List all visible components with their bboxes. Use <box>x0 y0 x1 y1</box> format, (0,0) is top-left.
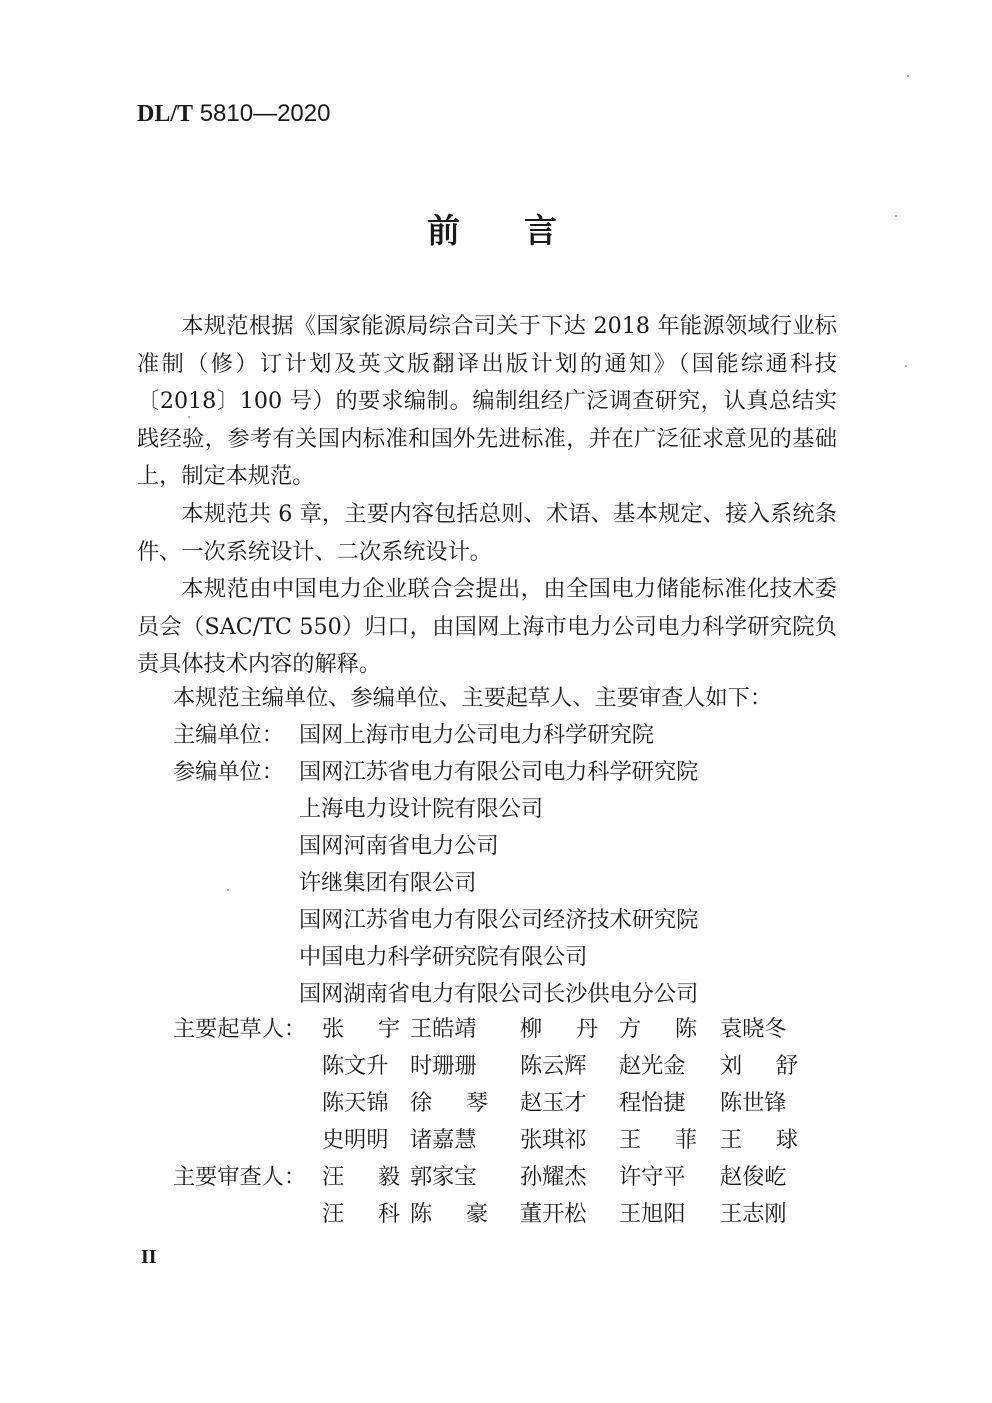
scan-speck <box>188 416 190 418</box>
person-name: 柳丹 <box>520 1014 598 1044</box>
person-name: 方陈 <box>619 1014 697 1044</box>
person-name: 袁晓冬 <box>720 1014 798 1044</box>
person-name: 徐琴 <box>410 1088 488 1118</box>
participating-unit: 国网湖南省电力有限公司长沙供电分公司 <box>299 979 698 1009</box>
person-name: 赵光金 <box>619 1051 697 1081</box>
scan-speck <box>907 75 909 77</box>
participating-unit: 国网河南省电力公司 <box>299 831 499 861</box>
standard-prefix: DL/T <box>137 101 193 127</box>
person-name: 程怡捷 <box>619 1088 697 1118</box>
drafters-label: 主要起草人： <box>173 1014 306 1044</box>
person-name: 孙耀杰 <box>520 1162 598 1192</box>
person-name: 时珊珊 <box>410 1051 488 1081</box>
person-name: 张琪祁 <box>520 1125 598 1155</box>
standard-code: DL/T 5810—2020 <box>137 100 330 128</box>
scan-speck <box>227 889 229 891</box>
person-name: 刘舒 <box>720 1051 798 1081</box>
participating-label: 参编单位： <box>173 757 284 787</box>
person-name: 陈天锦 <box>322 1088 400 1118</box>
scan-speck <box>895 215 897 217</box>
participating-unit: 国网江苏省电力有限公司电力科学研究院 <box>299 757 698 787</box>
chief-editor-label: 主编单位： <box>173 720 284 750</box>
person-name: 王皓靖 <box>410 1014 488 1044</box>
paragraph-contents: 本规范共 6 章，主要内容包括总则、术语、基本规定、接入系统条件、一次系统设计、… <box>137 496 837 571</box>
page-number: II <box>141 1246 157 1269</box>
scan-speck <box>905 365 907 367</box>
person-name: 王球 <box>720 1125 798 1155</box>
person-name: 王志刚 <box>720 1199 798 1229</box>
standard-number: 5810—2020 <box>200 100 331 127</box>
person-name: 赵玉才 <box>520 1088 598 1118</box>
chief-editor-unit: 国网上海市电力公司电力科学研究院 <box>299 720 654 750</box>
person-name: 陈文升 <box>322 1051 400 1081</box>
person-name: 诸嘉慧 <box>410 1125 488 1155</box>
person-name: 张宇 <box>322 1014 400 1044</box>
reviewers-label: 主要审查人： <box>173 1162 306 1192</box>
person-name: 汪科 <box>322 1199 400 1229</box>
person-name: 王菲 <box>619 1125 697 1155</box>
person-name: 汪毅 <box>322 1162 400 1192</box>
person-name: 许守平 <box>619 1162 697 1192</box>
person-name: 陈云辉 <box>520 1051 598 1081</box>
participating-unit: 国网江苏省电力有限公司经济技术研究院 <box>299 905 698 935</box>
person-name: 赵俊屹 <box>720 1162 798 1192</box>
person-name: 陈世锋 <box>720 1088 798 1118</box>
person-name: 郭家宝 <box>410 1162 488 1192</box>
participating-unit: 中国电力科学研究院有限公司 <box>299 942 587 972</box>
paragraph-basis: 本规范根据《国家能源局综合司关于下达 2018 年能源领域行业标准制（修）订计划… <box>137 308 837 496</box>
participating-unit: 上海电力设计院有限公司 <box>299 794 543 824</box>
person-name: 陈豪 <box>410 1199 488 1229</box>
person-name: 董开松 <box>520 1199 598 1229</box>
paragraph-responsibility: 本规范由中国电力企业联合会提出，由全国电力储能标准化技术委员会（SAC/TC 5… <box>137 571 837 684</box>
person-name: 史明明 <box>322 1125 400 1155</box>
participating-unit: 许继集团有限公司 <box>299 868 477 898</box>
person-name: 王旭阳 <box>619 1199 697 1229</box>
preface-body: 本规范根据《国家能源局综合司关于下达 2018 年能源领域行业标准制（修）订计划… <box>137 308 837 684</box>
intro-line: 本规范主编单位、参编单位、主要起草人、主要审查人如下： <box>173 683 772 713</box>
page-title: 前言 <box>0 205 992 252</box>
